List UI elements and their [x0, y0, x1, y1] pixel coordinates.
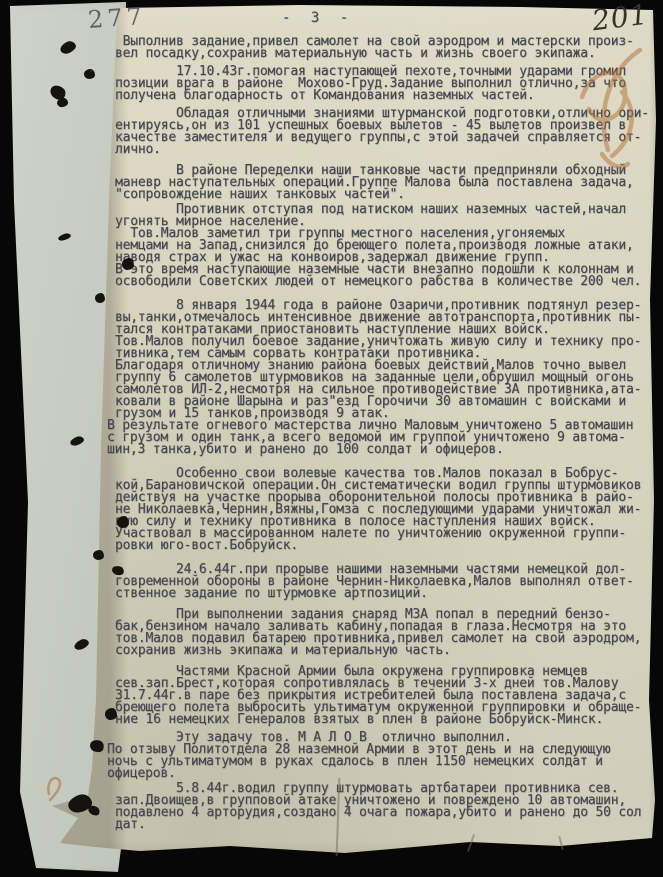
ink-blot: [122, 258, 134, 270]
paragraph: 17.10.43г.помогая наступающей пехоте,точ…: [115, 66, 663, 102]
typed-page-number: - 3 -: [282, 10, 354, 26]
paragraph: В районе Переделки наши танковые части п…: [115, 165, 663, 201]
paragraph: Особенно свои волевые качества тов.Малов…: [115, 468, 663, 552]
ink-blot: [95, 293, 105, 303]
paragraph: 8 января 1944 года в районе Озаричи,прот…: [115, 300, 663, 336]
paragraph: 24.6.44г.при прорыве нашими наземными ча…: [115, 564, 663, 600]
ink-blot: [84, 69, 95, 79]
paragraph: По отзыву Политотдела 28 наземной Армии …: [107, 744, 663, 780]
paragraph: Выполнив задание,привел самолет на свой …: [115, 36, 663, 60]
ink-blot: [117, 516, 129, 528]
text-block: Выполнив задание,привел самолет на свой …: [115, 36, 663, 831]
paragraph: Частями Красной Армии была окружена груп…: [115, 666, 663, 726]
paragraph: Тов.Малов заметил три группы местного на…: [115, 228, 663, 288]
paragraph: Тов.Малов получил боевое задание,уничтож…: [115, 336, 663, 360]
paragraph: 5.8.44г.водил группу штурмовать артбатар…: [115, 783, 663, 831]
paragraph: Благодаря отличному знанию района боевых…: [115, 360, 663, 420]
paragraph: Противник отступая под натиском наших на…: [115, 204, 663, 228]
ink-blot: [105, 708, 117, 720]
paragraph: В результате огневого мастерства лично М…: [107, 420, 663, 456]
archive-number-handwritten: 277: [87, 2, 147, 34]
scan-background: { "header": { "archive_number_pencil": "…: [0, 0, 663, 877]
paragraph: Обладая отличными знаниями штурманской п…: [115, 108, 663, 156]
ink-blot: [93, 550, 104, 560]
paragraph: При выполнении задания снаряд МЗА попал …: [115, 609, 663, 657]
